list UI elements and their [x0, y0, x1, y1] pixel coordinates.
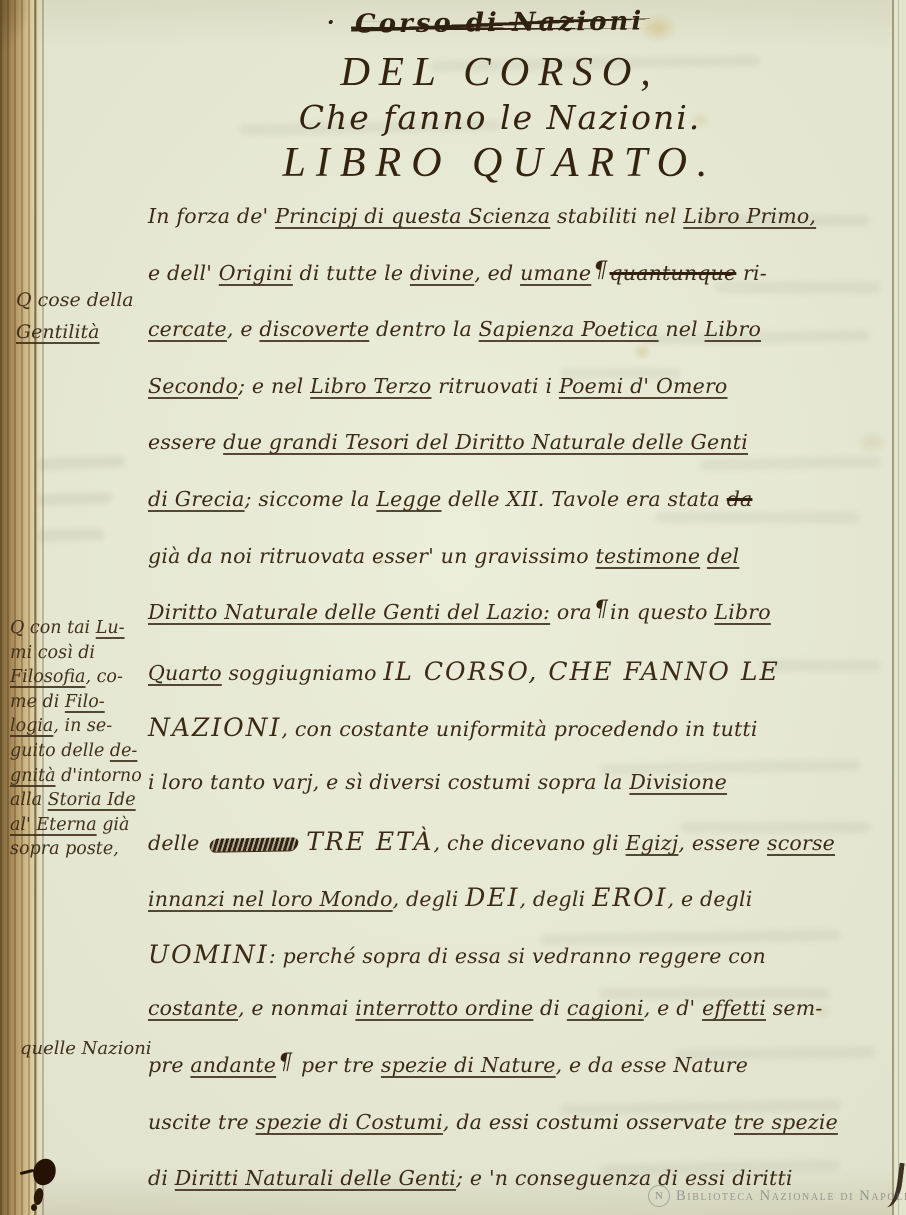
body-line: i loro tanto varj, e sì diversi costumi …: [148, 770, 900, 822]
text-segment: ; e nel: [238, 374, 310, 398]
text-segment: , con costante uniformità procedendo in …: [281, 717, 757, 741]
margin-note-line: Q con tai Lu-: [10, 616, 152, 641]
text-segment: spezie di Nature: [381, 1053, 556, 1077]
body-line: e dell' Origini di tutte le divine, ed u…: [148, 261, 900, 313]
text-segment: spezie di Costumi: [256, 1110, 443, 1134]
text-segment: di: [148, 1166, 175, 1190]
struck-out-title: Corso di Nazioni: [355, 6, 645, 39]
text-segment: di: [533, 996, 567, 1020]
body-line: delle TRE ETÀ, che dicevano gli Egizj, e…: [148, 827, 900, 879]
text-segment: uscite tre: [148, 1110, 256, 1134]
body-line: innanzi nel loro Mondo, degli DEI, degli…: [148, 883, 900, 935]
text-segment: ¶: [276, 1050, 294, 1075]
body-line: Secondo; e nel Libro Terzo ritruovati i …: [148, 374, 900, 426]
margin-note-line: logia, in se-: [10, 714, 152, 739]
text-segment: Legge: [376, 487, 441, 511]
text-segment: cagioni: [567, 996, 644, 1020]
book-gutter: [0, 0, 44, 1215]
text-segment: Libro Primo,: [683, 204, 816, 228]
text-segment: Divisione: [629, 770, 727, 794]
text-segment: al' Eterna: [10, 815, 97, 835]
gutter-crease: [34, 0, 36, 1215]
body-line: essere due grandi Tesori del Diritto Nat…: [148, 430, 900, 482]
text-segment: DEI: [465, 883, 519, 912]
ink-blot-dot: [31, 1204, 37, 1211]
body-line: uscite tre spezie di Costumi, da essi co…: [148, 1110, 900, 1162]
text-segment: ¶: [591, 258, 609, 283]
library-watermark: N Biblioteca Nazionale di Napoli: [648, 1185, 906, 1207]
text-segment: divine: [410, 261, 474, 285]
text-segment: interrotto ordine: [355, 996, 533, 1020]
text-segment: Egizj: [626, 831, 679, 855]
body-line: pre andante¶ per tre spezie di Nature, e…: [148, 1053, 900, 1105]
text-segment: ¶: [592, 597, 610, 622]
text-segment: e dell': [148, 261, 219, 285]
text-segment: dentro la: [369, 317, 478, 341]
text-segment: , e nonmai: [238, 996, 355, 1020]
text-segment: UOMINI: [148, 940, 269, 969]
text-segment: , e degli: [668, 887, 753, 911]
text-segment: alla: [10, 790, 48, 810]
text-segment: , essere: [678, 831, 767, 855]
text-segment: andante: [190, 1053, 276, 1077]
text-segment: , in se-: [53, 716, 112, 736]
body-line: NAZIONI, con costante uniformità procede…: [148, 713, 900, 765]
text-segment: logia: [10, 716, 53, 736]
text-segment: In forza de': [148, 204, 275, 228]
text-segment: Secondo: [148, 374, 238, 398]
margin-note-line: guito delle de-: [10, 739, 152, 764]
margin-note-line: quelle Nazioni: [20, 1036, 190, 1062]
text-segment: TRE ETÀ: [306, 827, 433, 856]
margin-note-line: mi così di: [10, 641, 152, 666]
body-line: costante, e nonmai interrotto ordine di …: [148, 996, 900, 1048]
text-segment: sem-: [766, 996, 823, 1020]
text-segment: sopra poste,: [10, 839, 119, 859]
margin-note-gentilita: Q cose dellaGentilità: [16, 284, 156, 348]
text-segment: EROI: [592, 883, 667, 912]
margin-note-line: Q cose della: [16, 284, 156, 316]
margin-note-line: al' Eterna già: [10, 813, 152, 838]
text-segment: essere: [148, 430, 223, 454]
body-line: di Grecia; siccome la Legge delle XII. T…: [148, 487, 900, 539]
bleed-through-margin-note: [14, 528, 104, 542]
text-segment: già da noi ritruovata esser' un gravissi…: [148, 544, 596, 568]
text-segment: , e: [227, 317, 259, 341]
text-segment: guito delle: [10, 741, 110, 761]
margin-note-line: alla Storia Ide: [10, 788, 152, 813]
text-segment: , degli: [519, 887, 592, 911]
text-segment: innanzi nel loro Mondo: [148, 887, 393, 911]
text-segment: : perché sopra di essa si vedranno regge…: [269, 944, 766, 968]
text-segment: ; siccome la: [245, 487, 377, 511]
text-segment: umane: [520, 261, 591, 285]
text-segment: , da essi costumi osservate: [443, 1110, 734, 1134]
text-segment: stabiliti nel: [550, 204, 683, 228]
text-segment: da: [727, 487, 753, 511]
text-segment: cercate: [148, 317, 227, 341]
margin-note-line: Gentilità: [16, 316, 156, 348]
text-segment: Gentilità: [16, 321, 100, 343]
margin-note-line: Filosofia, co-: [10, 665, 152, 690]
bleed-through-margin-note: [12, 492, 112, 506]
text-segment: Storia Ide: [48, 790, 136, 810]
margin-note-quelle-nazioni: quelle Nazioni: [20, 1036, 190, 1062]
text-segment: discoverte: [259, 317, 369, 341]
text-segment: Quarto: [148, 661, 222, 685]
watermark-text: Biblioteca Nazionale di Napoli: [676, 1188, 906, 1205]
text-segment: , e d': [644, 996, 702, 1020]
bleed-through-margin-note: [10, 456, 125, 471]
text-segment: , ed: [474, 261, 520, 285]
text-segment: , co-: [86, 667, 123, 687]
text-segment: [700, 544, 707, 568]
body-line: In forza de' Principj di questa Scienza …: [148, 204, 900, 256]
text-segment: , e da esse Nature: [556, 1053, 749, 1077]
body-line: cercate, e discoverte dentro la Sapienza…: [148, 317, 900, 369]
text-segment: Origini: [219, 261, 293, 285]
text-segment: di Grecia: [148, 487, 245, 511]
title-libro-quarto: LIBRO QUARTO.: [100, 139, 900, 187]
body-line: Diritto Naturale delle Genti del Lazio: …: [148, 600, 900, 652]
margin-note-filosofia-filologia: Q con tai Lu-mi così diFilosofia, co-me …: [10, 616, 152, 862]
body-line: già da noi ritruovata esser' un gravissi…: [148, 544, 900, 596]
body-line: Quarto soggiugniamo IL CORSO, CHE FANNO …: [148, 657, 900, 709]
manuscript-page: Corso di Nazioni DEL CORSO, Che fanno le…: [0, 0, 906, 1215]
title-che-fanno: Che fanno le Nazioni.: [100, 98, 900, 137]
text-segment: quantunque: [609, 261, 736, 285]
text-segment: , che dicevano gli: [434, 831, 626, 855]
text-segment: [209, 837, 300, 852]
text-segment: , degli: [393, 887, 466, 911]
text-segment: Filo-: [65, 692, 105, 712]
text-segment: de-: [110, 741, 137, 761]
text-segment: i loro tanto varj, e sì diversi costumi …: [148, 770, 629, 794]
text-segment: Libro: [705, 317, 761, 341]
text-segment: Sapienza Poetica: [479, 317, 659, 341]
text-segment: costante: [148, 996, 238, 1020]
text-segment: gnità: [10, 766, 56, 786]
margin-note-line: sopra poste,: [10, 837, 152, 862]
text-segment: in questo: [610, 600, 714, 624]
margin-note-line: gnità d'intorno: [10, 764, 152, 789]
gutter-corner-shadow: [0, 0, 34, 80]
text-segment: delle: [148, 831, 206, 855]
text-segment: mi così di: [10, 643, 95, 663]
text-segment: ora: [550, 600, 592, 624]
text-segment: Diritto Naturale delle Genti del Lazio:: [148, 600, 550, 624]
text-segment: ri-: [736, 261, 767, 285]
text-segment: delle XII. Tavole era stata: [441, 487, 726, 511]
text-segment: soggiugniamo: [222, 661, 384, 685]
text-segment: già: [97, 815, 130, 835]
text-segment: Filosofia: [10, 667, 86, 687]
margin-note-line: me di Filo-: [10, 690, 152, 715]
text-segment: Q con tai: [10, 618, 96, 638]
text-segment: di tutte le: [293, 261, 410, 285]
text-segment: ritruovati i: [431, 374, 558, 398]
bn-monogram-icon: N: [648, 1185, 670, 1207]
text-segment: Libro Terzo: [310, 374, 431, 398]
text-segment: per tre: [294, 1053, 381, 1077]
title-del-corso: DEL CORSO,: [100, 47, 900, 95]
text-segment: Lu-: [96, 618, 125, 638]
text-segment: Libro: [714, 600, 770, 624]
text-segment: scorse: [767, 831, 835, 855]
text-segment: me di: [10, 692, 65, 712]
text-segment: Poemi d' Omero: [559, 374, 728, 398]
text-segment: Diritti Naturali delle Genti: [175, 1166, 456, 1190]
text-segment: del: [707, 544, 739, 568]
text-segment: tre spezie: [734, 1110, 838, 1134]
text-segment: IL CORSO, CHE FANNO LE: [383, 657, 779, 686]
text-segment: effetti: [702, 996, 766, 1020]
text-segment: Principj di questa Scienza: [275, 204, 550, 228]
text-segment: Q cose della: [16, 289, 134, 311]
text-segment: d'intorno: [56, 766, 142, 786]
text-segment: nel: [659, 317, 705, 341]
text-segment: quelle Nazioni: [20, 1038, 152, 1059]
body-line: UOMINI: perché sopra di essa si vedranno…: [148, 940, 900, 992]
page-header: Corso di Nazioni DEL CORSO, Che fanno le…: [100, 8, 900, 187]
text-segment: NAZIONI: [148, 713, 281, 742]
text-segment: due grandi Tesori del Diritto Naturale d…: [223, 430, 748, 454]
text-segment: testimone: [596, 544, 701, 568]
